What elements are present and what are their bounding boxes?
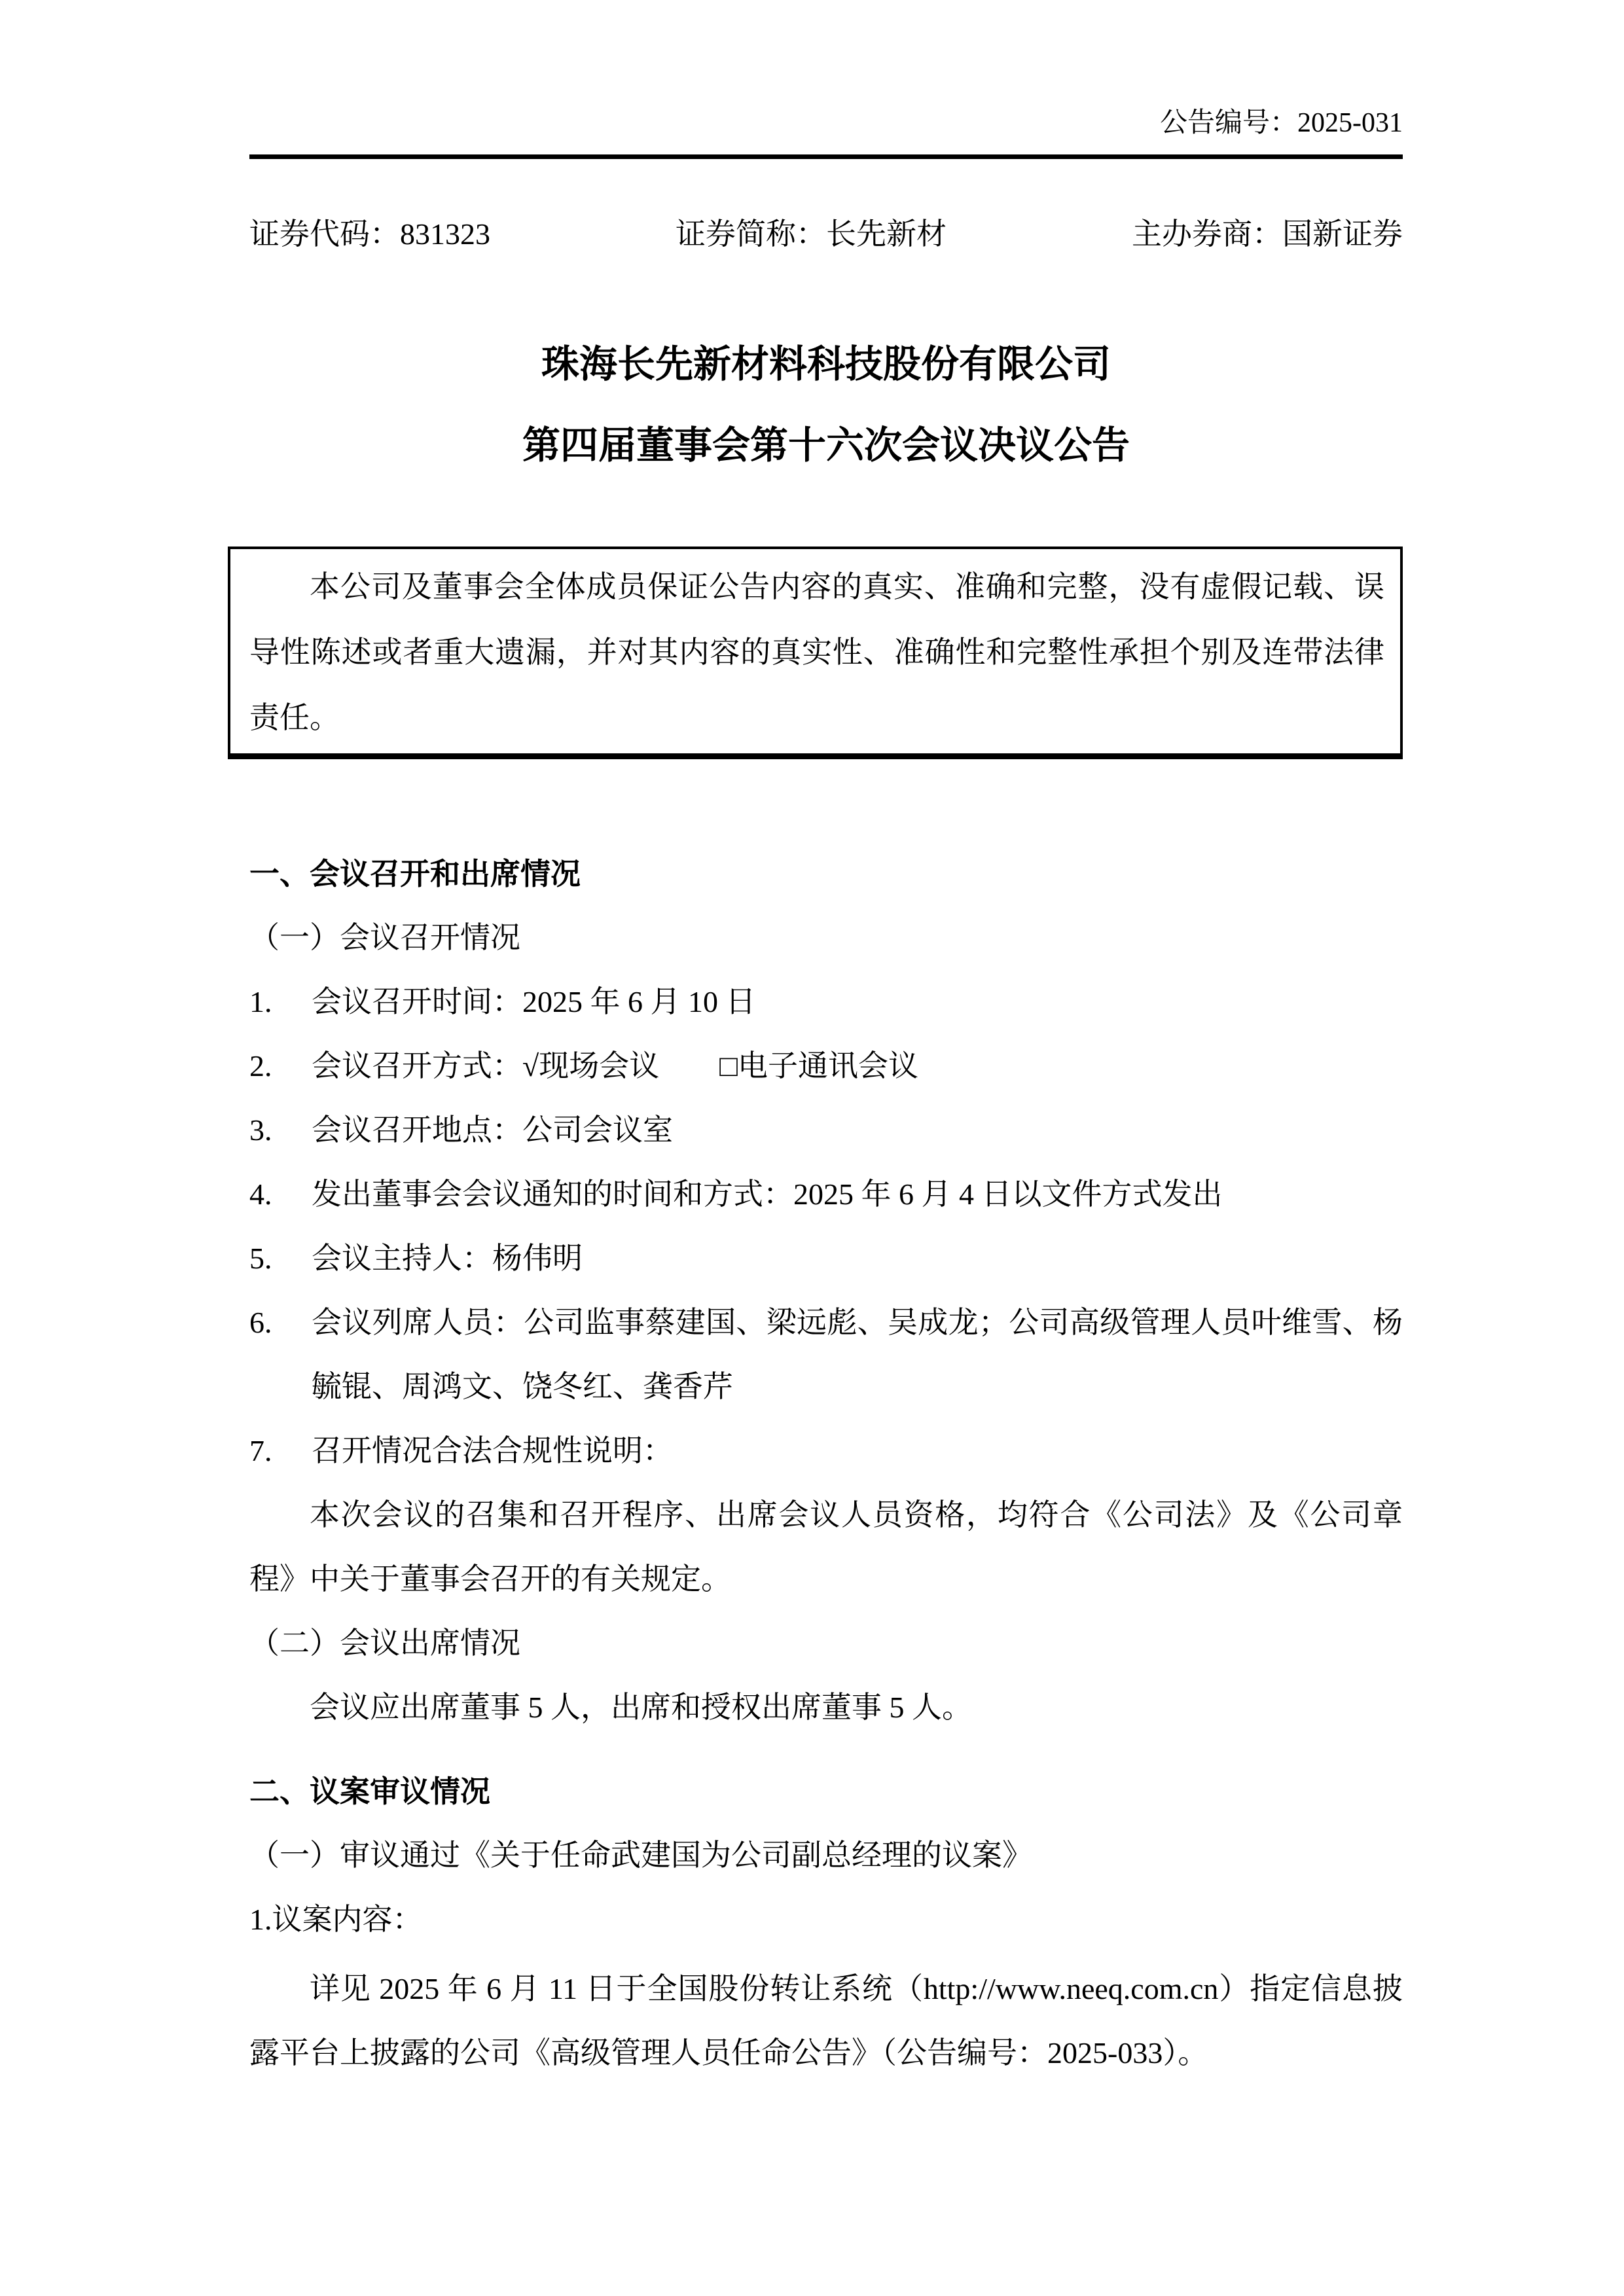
proposal-content-heading: 1.议案内容： [249,1888,1403,1952]
list-item-2: 2. 会议召开方式：√现场会议 □电子通讯会议 [249,1034,1403,1098]
item-text: 发出董事会会议通知的时间和方式：2025 年 6 月 4 日以文件方式发出 [312,1177,1223,1211]
securities-short-name: 证券简称：长先新材 [676,217,947,252]
item-text: 会议召开方式：√现场会议 □电子通讯会议 [312,1049,918,1083]
announcement-number: 公告编号：2025-031 [249,106,1403,140]
proposal-content-paragraph: 详见 2025 年 6 月 11 日于全国股份转让系统（http://www.n… [249,1957,1403,2085]
legality-paragraph: 本次会议的召集和召开程序、出席会议人员资格，均符合《公司法》及《公司章程》中关于… [249,1483,1403,1611]
sponsor-broker: 主办券商：国新证券 [1132,217,1403,252]
list-item-5: 5. 会议主持人：杨伟明 [249,1227,1403,1291]
section1-heading: 一、会议召开和出席情况 [249,842,1403,906]
item-number: 4. [249,1162,272,1227]
document-content: 公告编号：2025-031 证券代码：831323 证券简称：长先新材 主办券商… [0,0,1624,2085]
item-text: 会议列席人员：公司监事蔡建国、梁远彪、吴成龙；公司高级管理人员叶维雪、杨毓锟、周… [312,1306,1403,1403]
section1-sub2-heading: （二）会议出席情况 [249,1611,1403,1676]
item-text: 会议召开地点：公司会议室 [312,1113,673,1147]
item-number: 7. [249,1419,272,1483]
item-number: 2. [249,1034,272,1098]
attendance-paragraph: 会议应出席董事 5 人，出席和授权出席董事 5 人。 [249,1676,1403,1740]
header-divider [249,154,1403,159]
list-item-7: 7. 召开情况合法合规性说明： [249,1419,1403,1483]
list-item-3: 3. 会议召开地点：公司会议室 [249,1098,1403,1162]
list-item-6: 6. 会议列席人员：公司监事蔡建国、梁远彪、吴成龙；公司高级管理人员叶维雪、杨毓… [249,1291,1403,1419]
section1-sub1-heading: （一）会议召开情况 [249,906,1403,970]
section2-heading: 二、议案审议情况 [249,1759,1403,1823]
section2-sub1-heading: （一）审议通过《关于任命武建国为公司副总经理的议案》 [249,1823,1403,1888]
item-text: 会议召开时间：2025 年 6 月 10 日 [312,985,756,1018]
disclaimer-box: 本公司及董事会全体成员保证公告内容的真实、准确和完整，没有虚假记载、误导性陈述或… [228,547,1403,759]
list-item-4: 4. 发出董事会会议通知的时间和方式：2025 年 6 月 4 日以文件方式发出 [249,1162,1403,1227]
item-text: 召开情况合法合规性说明： [312,1434,673,1467]
document-title: 第四届董事会第十六次会议决议公告 [249,425,1403,467]
list-item-1: 1. 会议召开时间：2025 年 6 月 10 日 [249,970,1403,1034]
securities-code: 证券代码：831323 [249,217,490,252]
item-number: 3. [249,1098,272,1162]
item-text: 会议主持人：杨伟明 [312,1242,583,1275]
company-name-title: 珠海长先新材料科技股份有限公司 [249,344,1403,386]
securities-info-row: 证券代码：831323 证券简称：长先新材 主办券商：国新证券 [249,217,1403,252]
item-number: 5. [249,1227,272,1291]
document-page: 公告编号：2025-031 证券代码：831323 证券简称：长先新材 主办券商… [0,0,1624,2296]
disclaimer-text: 本公司及董事会全体成员保证公告内容的真实、准确和完整，没有虚假记载、误导性陈述或… [249,570,1384,734]
item-number: 1. [249,970,272,1034]
item-number: 6. [249,1291,272,1355]
